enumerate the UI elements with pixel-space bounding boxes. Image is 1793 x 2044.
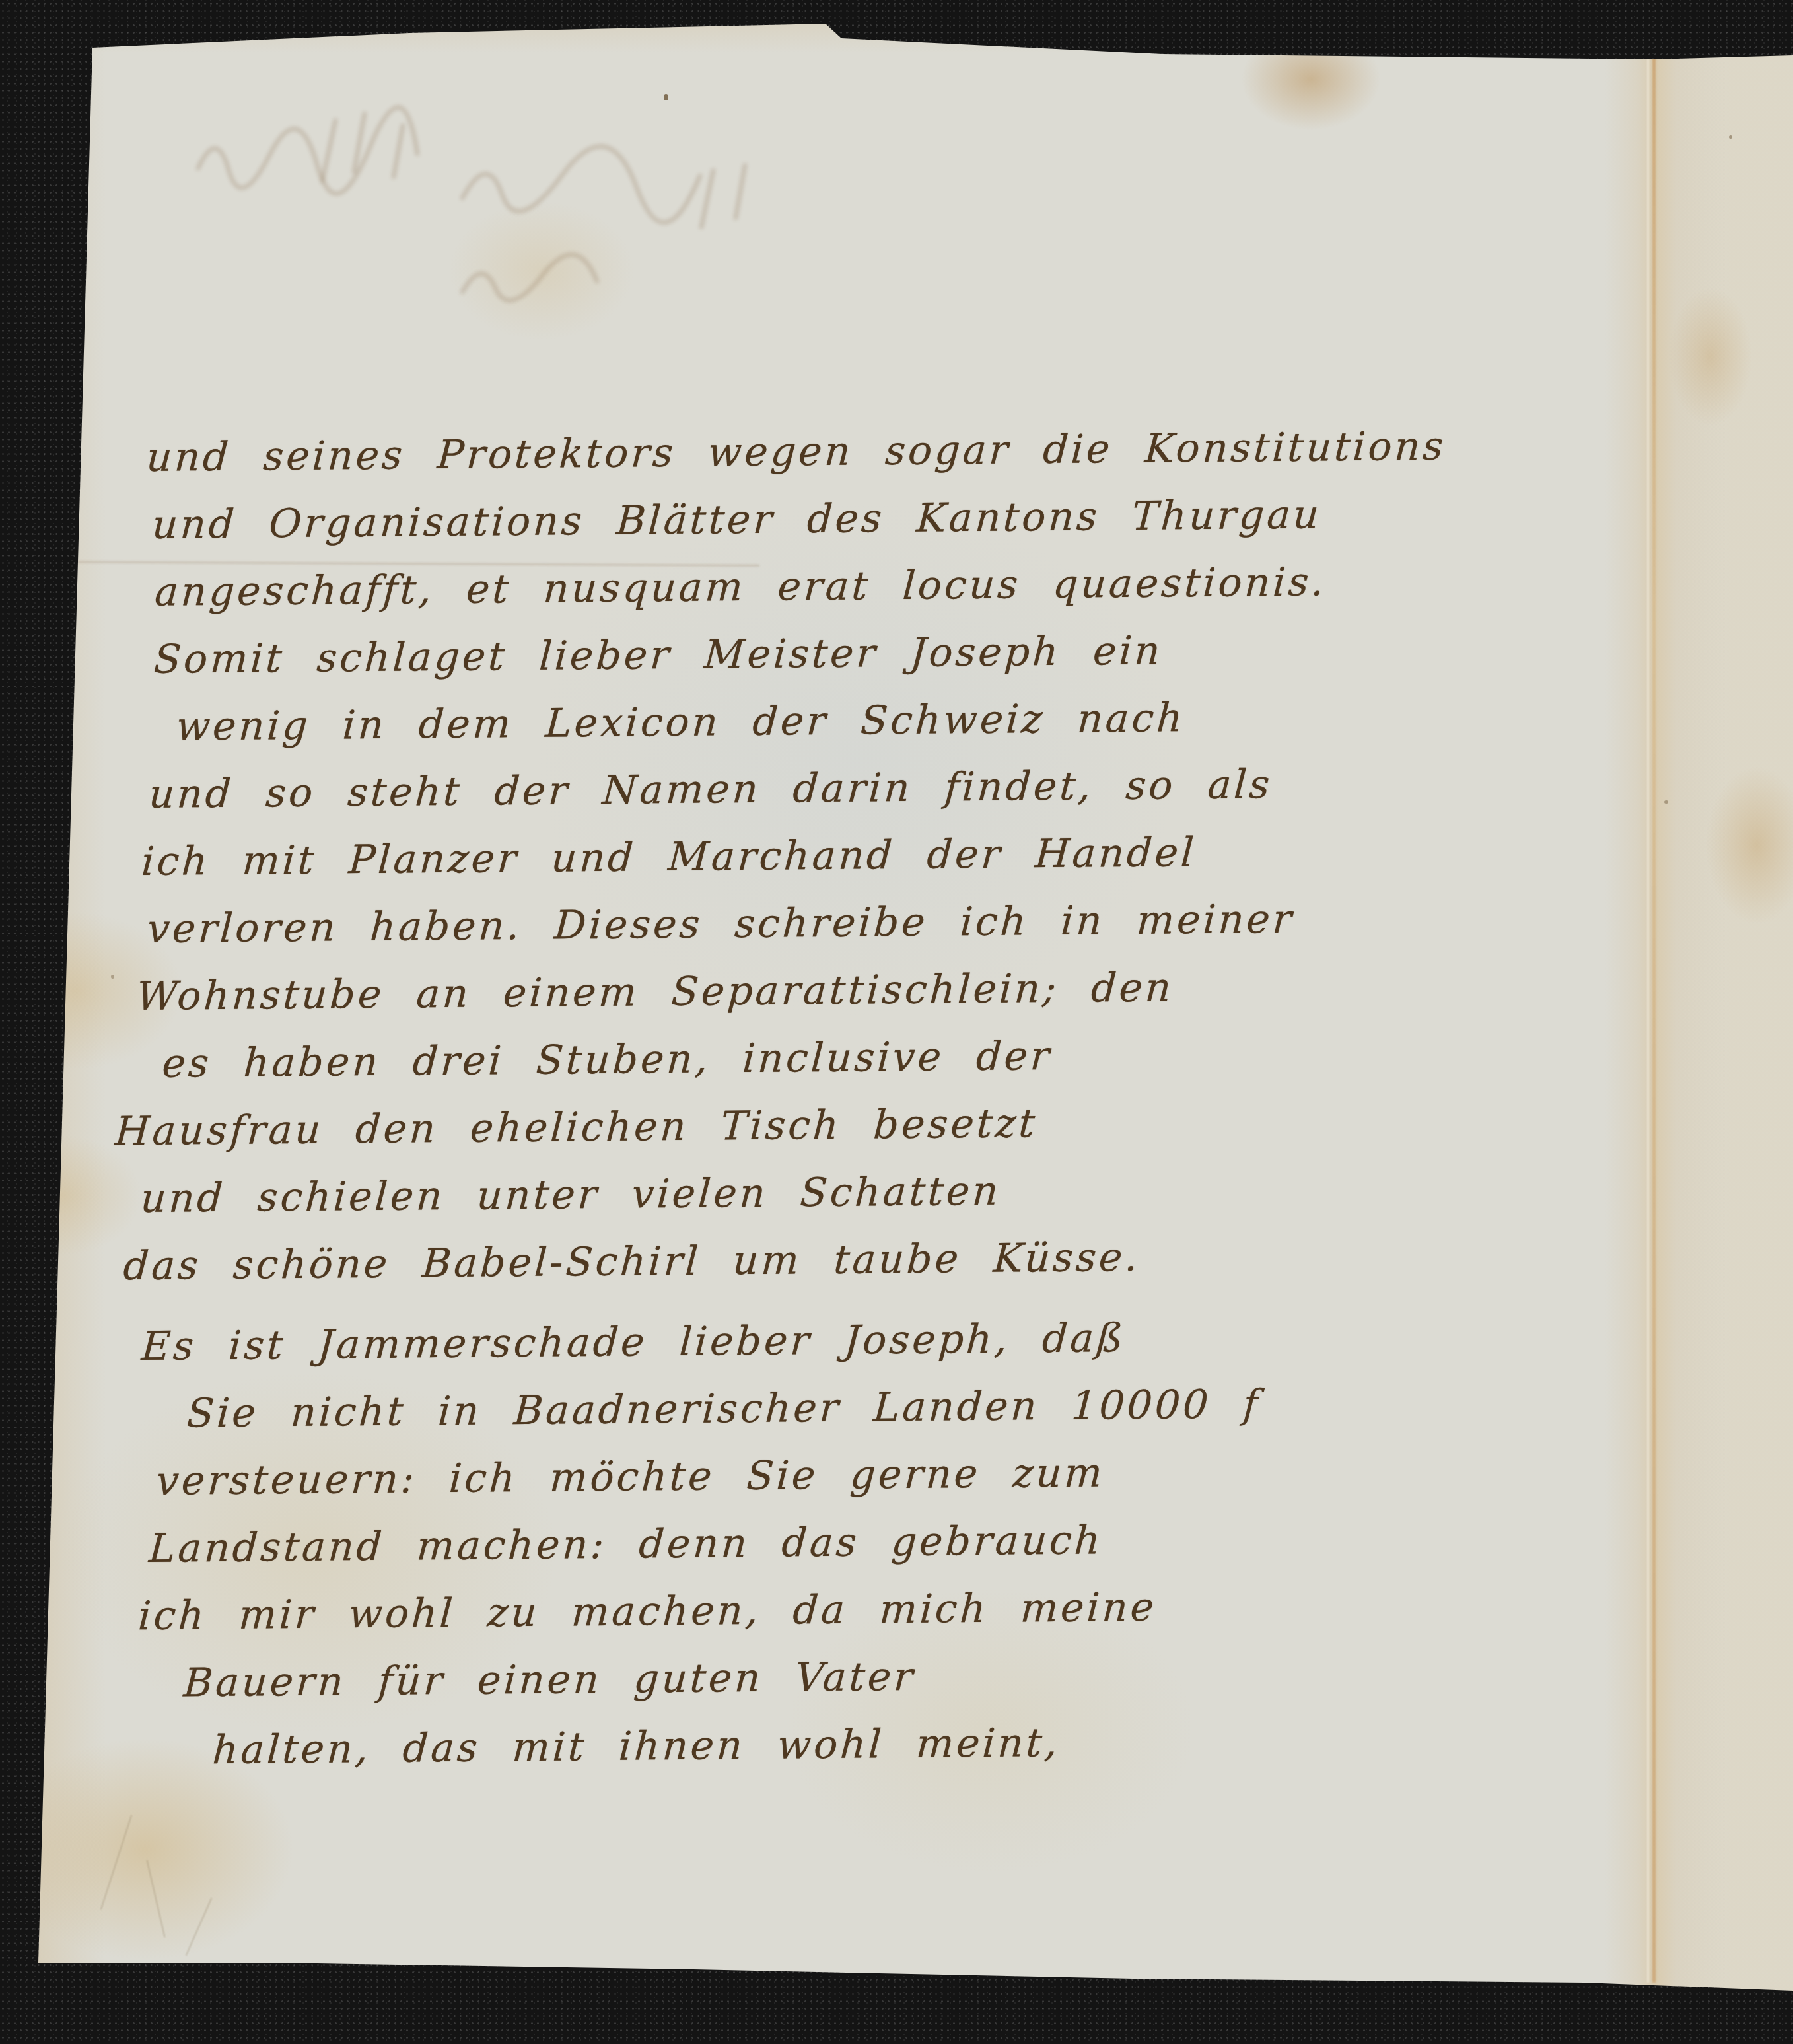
letter-page: und seines Protektors wegen sogar die Ko… (0, 0, 1793, 2044)
handwriting-line: Wohnstube an einem Separattischlein; den (105, 952, 1430, 1031)
handwriting-line: Es ist Jammerschade lieber Joseph, daß (83, 1302, 1408, 1381)
handwriting-line: das schöne Babel-Schirl um taube Küsse. (88, 1221, 1413, 1300)
handwriting-line: versteuern: ich möchte Sie gerne zum (75, 1436, 1400, 1516)
handwriting-line: Landstand machen: denn das gebrauch (71, 1504, 1396, 1583)
handwriting-line: ich mir wohl zu machen, da mich meine (67, 1572, 1391, 1651)
handwriting-block: und seines Protektors wegen sogar die Ko… (59, 413, 1463, 1786)
handwriting-line: Sie nicht in Baadnerischer Landen 10000 … (79, 1369, 1404, 1448)
handwriting-line: und schielen unter vielen Schatten (92, 1154, 1417, 1233)
handwriting-line: verloren haben. Dieses schreibe ich in m… (109, 884, 1434, 964)
handwriting-line: Somit schlaget lieber Meister Joseph ein (125, 615, 1450, 694)
handwriting-line: ich mit Planzer und Marchand der Handel (113, 817, 1438, 896)
handwriting-line: angeschafft, et nusquam erat locus quaes… (129, 547, 1454, 627)
handwriting-line: und so steht der Namen darin findet, so … (118, 750, 1442, 829)
ink-speck (1664, 800, 1668, 804)
ink-speck (664, 94, 668, 100)
handwriting-line: Hausfrau den ehelichen Tisch besetzt (96, 1086, 1421, 1166)
handwriting-line: wenig in dem Lexicon der Schweiz nach (122, 682, 1446, 761)
handwriting-line: und seines Protektors wegen sogar die Ko… (138, 413, 1463, 492)
fold-crease (1652, 57, 1656, 1983)
handwriting-line: halten, das mit ihnen wohl meint, (59, 1707, 1384, 1786)
photo-background: und seines Protektors wegen sogar die Ko… (0, 0, 1793, 2044)
handwriting-line: es haben drei Stuben, inclusive der (101, 1019, 1426, 1098)
fold-crease-highlight (1647, 57, 1649, 1983)
handwriting-line: und Organisations Blätter des Kantons Th… (134, 480, 1459, 559)
ink-speck (1729, 135, 1732, 139)
handwriting-line: Bauern für einen guten Vater (63, 1639, 1388, 1718)
